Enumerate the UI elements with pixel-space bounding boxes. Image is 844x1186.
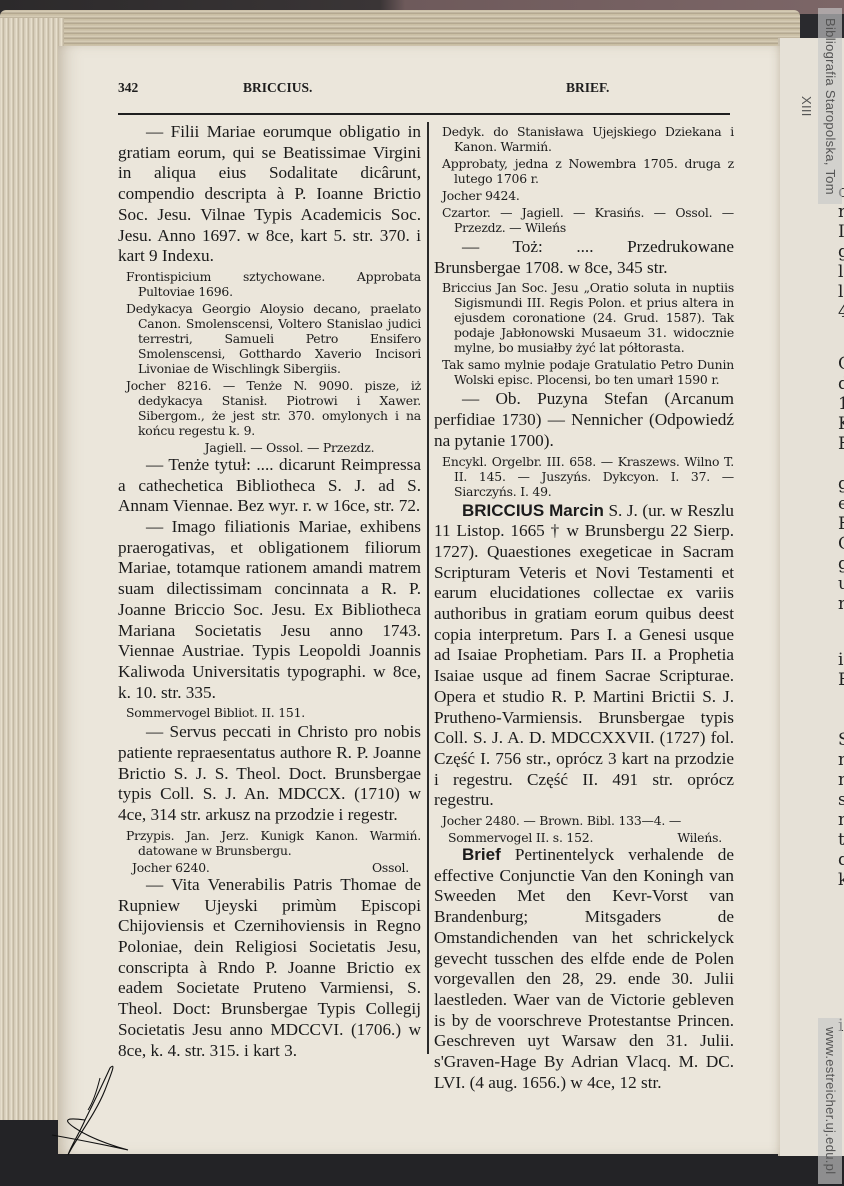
next-page-letter: 4: [838, 302, 844, 322]
reference-source: Sommervogel II. s. 152.: [448, 830, 593, 845]
next-page-letters-lower: inE Snnslntzdk: [838, 650, 844, 890]
headword: Brief: [462, 845, 501, 864]
next-page-letter: n: [838, 810, 844, 830]
next-page-letter: g: [838, 554, 844, 574]
entry-note: Approbaty, jedna z Nowembra 1705. druga …: [434, 156, 734, 186]
next-page-letter: n: [838, 770, 844, 790]
next-page-letter: e: [838, 494, 844, 514]
library-holdings: Jagiell. — Ossol. — Przezdz.: [118, 440, 421, 455]
next-page-letter: d: [838, 850, 844, 870]
next-page-letter: u: [838, 574, 844, 594]
bibliography-entry: — Imago filiationis Mariae, exhibens pra…: [118, 517, 421, 703]
next-page-letter: g: [838, 242, 844, 262]
headword-entry: Brief Pertinentelyck verhalende de effec…: [434, 845, 734, 1093]
running-head-left: BRICCIUS.: [243, 80, 312, 96]
watermark-url[interactable]: www.estreicher.uj.edu.pl: [818, 1018, 842, 1184]
entry-note: Tak samo mylnie podaje Gratulatio Petro …: [434, 357, 734, 387]
header-rule: [118, 113, 730, 115]
left-column: — Filii Mariae eorumque obligatio in gra…: [118, 122, 421, 1061]
entry-note: Dedykacya Georgio Aloysio decano, praela…: [118, 301, 421, 376]
next-page-letter: [838, 710, 844, 730]
next-page-letter: n: [838, 202, 844, 222]
next-page-letter: K: [838, 414, 844, 434]
page-number: 342: [118, 80, 138, 96]
entry-text: Pertinentelyck verhalende de effective C…: [434, 845, 734, 1092]
reference-source: Jocher 6240.: [132, 860, 210, 875]
headword-entry: BRICCIUS Marcin S. J. (ur. w Reszlu 11 L…: [434, 501, 734, 812]
entry-note: Sommervogel Bibliot. II. 151.: [118, 705, 421, 720]
right-column: Dedyk. do Stanisława Ujejskiego Dziekana…: [434, 122, 734, 1094]
next-page-letter: E: [838, 670, 844, 690]
next-page-letter: 1: [838, 394, 844, 414]
next-page-letter: g: [838, 474, 844, 494]
next-page-letter: C: [838, 354, 844, 374]
next-page-letter: tz: [838, 830, 844, 850]
next-page-letter: d: [838, 374, 844, 394]
bibliography-entry: — Tenże tytuł: .... dicarunt Reimpressa …: [118, 455, 421, 517]
entry-note: Przypis. Jan. Jerz. Kunigk Kanon. Warmiń…: [118, 828, 421, 858]
entry-note: Dedyk. do Stanisława Ujejskiego Dziekana…: [434, 124, 734, 154]
reference-line: Jocher 6240.Ossol.: [118, 860, 421, 875]
library-holdings: Wileńs.: [677, 830, 722, 845]
entry-note: Jocher 2480. — Brown. Bibl. 133—4. —: [434, 813, 734, 828]
next-page-edge: [778, 38, 844, 1156]
column-divider: [427, 122, 429, 1054]
next-page-letter: k: [838, 870, 844, 890]
signature-icon: [40, 1060, 150, 1160]
next-page-letter: F: [838, 434, 844, 454]
next-page-letter: F: [838, 514, 844, 534]
entry-note: Czartor. — Jagiell. — Krasińs. — Ossol. …: [434, 205, 734, 235]
next-page-letter: n: [838, 594, 844, 614]
entry-note: Frontispicium sztychowane. Approbata Pul…: [118, 269, 421, 299]
bibliography-entry: — Servus peccati in Christo pro nobis pa…: [118, 722, 421, 826]
bibliography-entry: — Toż: .... Przedrukowane Brunsbergae 17…: [434, 237, 734, 278]
entry-note: Encykl. Orgelbr. III. 658. — Kraszews. W…: [434, 454, 734, 499]
next-page-letter: in: [838, 650, 844, 670]
next-page-letter: I: [838, 222, 844, 242]
next-page-letter: [838, 690, 844, 710]
next-page-letter: [838, 454, 844, 474]
next-page-letters-mid: Cd1KF geFGgun: [838, 354, 844, 614]
bibliography-entry: — Ob. Puzyna Stefan (Arcanum perfidiae 1…: [434, 389, 734, 451]
entry-note: Briccius Jan Soc. Jesu „Oratio soluta in…: [434, 280, 734, 355]
next-page-letter: n: [838, 750, 844, 770]
next-page-letter: l: [838, 262, 844, 282]
running-head-right: BRIEF.: [566, 80, 609, 96]
library-holdings: Ossol.: [372, 860, 409, 875]
next-page-letter: S: [838, 730, 844, 750]
next-page-letter: sl: [838, 790, 844, 810]
book-page-edges-left: [0, 18, 64, 1138]
watermark-title: Bibliografia Staropolska, Tom XIII: [818, 8, 842, 204]
headword: BRICCIUS Marcin: [462, 501, 604, 520]
bibliography-entry: — Filii Mariae eorumque obligatio in gra…: [118, 122, 421, 267]
bibliography-entry: — Vita Venerabilis Patris Thomae de Rupn…: [118, 875, 421, 1061]
next-page-letter: G: [838, 534, 844, 554]
entry-note: Jocher 8216. — Tenże N. 9090. pisze, iż …: [118, 378, 421, 438]
next-page-letter: l: [838, 282, 844, 302]
entry-note: Jocher 9424.: [434, 188, 734, 203]
entry-text: S. J. (ur. w Reszlu 11 Listop. 1665 † w …: [434, 501, 734, 810]
reference-line: Sommervogel II. s. 152.Wileńs.: [434, 830, 734, 845]
